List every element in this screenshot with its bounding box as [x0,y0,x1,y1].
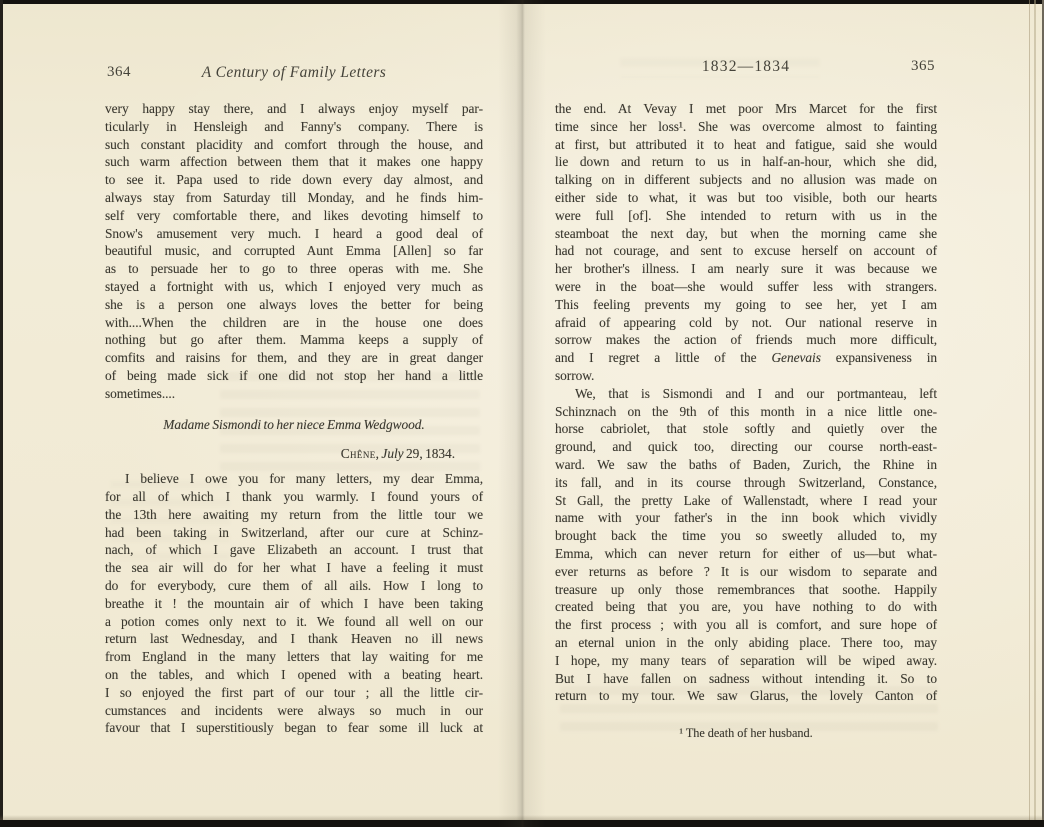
text-line: at first, but attributed it to heat and … [555,136,937,154]
text-line: her brother's illness. I am nearly sure … [555,260,937,278]
page-edge-line [1034,0,1036,827]
text-line: treasure up only those remembrances that… [555,581,937,599]
text-line: Snow's amusement very much. I heard a go… [105,225,483,243]
text-line: This feeling prevents my going to see he… [555,296,937,314]
text-line: nothing but go after them. Mamma keeps a… [105,331,483,349]
running-title: A Century of Family Letters [105,64,483,82]
text-line: I hope, my many tears of separation will… [555,652,937,670]
text-line: talking on in different subjects and no … [555,171,937,189]
text-line: We, that is Sismondi and I and our portm… [555,385,937,403]
text-line: return to my tour. We saw Glarus, the lo… [555,687,937,705]
text-line: such warm affection between them that it… [105,153,483,171]
right-page: 1832—1834 365 the end. At Vevay I met po… [555,0,937,827]
dateline: Chêne, July 29, 1834. [105,445,483,463]
text-line: had not courage, and sent to excuse hers… [555,242,937,260]
text-line: breathe it ! the mountain air of which I… [105,595,483,613]
text-line: ground, and quick too, directing our cou… [555,438,937,456]
right-page-header: 1832—1834 365 [555,58,937,80]
text-line: steamboat the next day, but when the mor… [555,225,937,243]
book-gutter-crease [498,0,546,827]
text-line: a potion comes only next to it. We found… [105,613,483,631]
text-line: I believe I owe you for many letters, my… [105,470,483,488]
text-line: created being that you are, you have not… [555,598,937,616]
text-line: ever returns as before ? It is our wisdo… [555,563,937,581]
running-title: 1832—1834 [555,58,937,76]
text-line: But I have fallen on sadness without int… [555,670,937,688]
text-line: and I regret a little of the Genevais ex… [555,349,937,367]
text-line: lie down and return to us in half-an-hou… [555,153,937,171]
left-page: 364 A Century of Family Letters very hap… [105,0,483,827]
text-line: Schinznach on the 9th of this month in a… [555,403,937,421]
text-line: to see it. Papa used to ride down every … [105,171,483,189]
text-line: name with your father's in the inn book … [555,509,937,527]
text-line: were in the boat—she would suffer less w… [555,278,937,296]
text-line: the end. At Vevay I met poor Mrs Marcet … [555,100,937,118]
text-line: the first process ; with you all is comf… [555,616,937,634]
text-line: self very comfortable there, and likes d… [105,207,483,225]
scan-edge-left [0,0,3,827]
paragraph: very happy stay there, and I always enjo… [105,100,483,403]
text-line: nach, of which I gave Elizabeth an accou… [105,541,483,559]
text-line: sorrow. [555,367,937,385]
text-line: sometimes.... [105,385,483,403]
paragraph: We, that is Sismondi and I and our portm… [555,385,937,705]
text-line: for all of which I thank you warmly. I f… [105,488,483,506]
text-line: cumstances and incidents were always so … [105,702,483,720]
footnote: ¹ The death of her husband. [555,725,937,743]
text-line: favour that I superstitiously began to f… [105,719,483,737]
text-line: horse cabriolet, that stole softly and q… [555,420,937,438]
text-line: comfits and raisins for them, and they a… [105,349,483,367]
text-line: afraid of appearing cold by not. Our nat… [555,314,937,332]
text-line: an eternal union in the only abiding pla… [555,634,937,652]
text-line: on the tables, and which I opened with a… [105,666,483,684]
text-line: ticularly in Hensleigh and Fanny's compa… [105,118,483,136]
text-line: with....When the children are in the hou… [105,314,483,332]
page-number: 365 [911,58,935,75]
text-line: Emma, which can never return for either … [555,545,937,563]
text-line: St Gall, the pretty Lake of Wallenstadt,… [555,492,937,510]
text-line: always stay from Saturday till Monday, a… [105,189,483,207]
text-line: the 13th here awaiting my return from th… [105,506,483,524]
text-line: were full [of]. She intended to return w… [555,207,937,225]
heading: Madame Sismondi to her niece Emma Wedgwo… [105,416,483,434]
text-line: do for everybody, cure them of all ails.… [105,577,483,595]
right-page-body: the end. At Vevay I met poor Mrs Marcet … [555,100,937,743]
text-line: of being made sick if one did not stop h… [105,367,483,385]
paragraph: the end. At Vevay I met poor Mrs Marcet … [555,100,937,385]
text-line: such constant placidity and comfort thro… [105,136,483,154]
page-edge-line [1029,0,1030,827]
book-scan-page-spread: 364 A Century of Family Letters very hap… [0,0,1044,827]
text-line: she is a person one always loves the bet… [105,296,483,314]
text-line: return last Wednesday, and I thank Heave… [105,630,483,648]
text-line: from England in the many letters that la… [105,648,483,666]
text-line: time since her loss¹. She was overcome a… [555,118,937,136]
paragraph: I believe I owe you for many letters, my… [105,470,483,737]
text-line: sorrow makes the action of friends much … [555,331,937,349]
text-line: had been taking in Switzerland, after ou… [105,524,483,542]
text-line: very happy stay there, and I always enjo… [105,100,483,118]
text-line: ward. We saw the baths of Baden, Zurich,… [555,456,937,474]
text-line: beautiful music, and corrupted Aunt Emma… [105,242,483,260]
left-page-header: 364 A Century of Family Letters [105,64,483,86]
text-line: stayed a fortnight with us, which I enjo… [105,278,483,296]
text-line: the sea air will do for her what I have … [105,559,483,577]
text-line: brought back the time you so sweetly all… [555,527,937,545]
text-line: its fall, and in its course through Swit… [555,474,937,492]
left-page-body: very happy stay there, and I always enjo… [105,100,483,737]
text-line: I so enjoyed the first part of our tour … [105,684,483,702]
text-line: as to persuade her to go to three operas… [105,260,483,278]
text-line: either side to what, it was but too visi… [555,189,937,207]
